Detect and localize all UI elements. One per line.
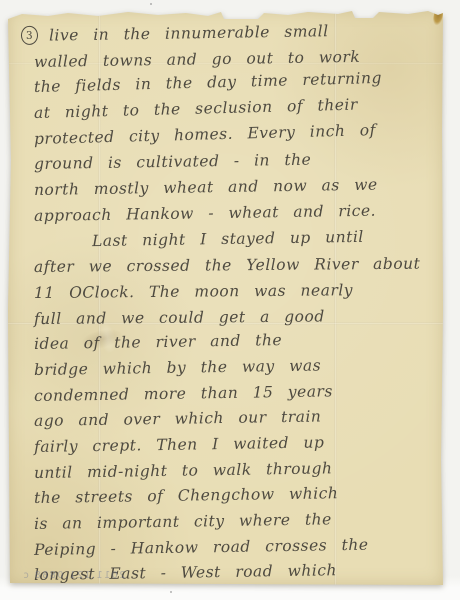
letter-paper: 3 live in the innumerable small walled t…	[8, 10, 443, 585]
dust-speck	[170, 591, 172, 593]
handwritten-line: Last night I stayed up until	[34, 222, 429, 254]
paper-sheet: 3 live in the innumerable small walled t…	[8, 10, 443, 585]
handwritten-line: 11 OClock. The moon was nearly	[34, 276, 429, 305]
page-number-badge: 3	[21, 26, 38, 45]
dust-speck	[150, 3, 152, 5]
handwritten-text: live in the innumerable small	[49, 22, 329, 44]
handwritten-line: after we crossed the Yellow River about	[34, 251, 429, 280]
scan-background: 3 live in the innumerable small walled t…	[0, 0, 460, 600]
letter-body: 3 live in the innumerable small walled t…	[8, 10, 443, 585]
accession-number-bleedthrough: 2011.121.0888 c	[22, 570, 125, 581]
